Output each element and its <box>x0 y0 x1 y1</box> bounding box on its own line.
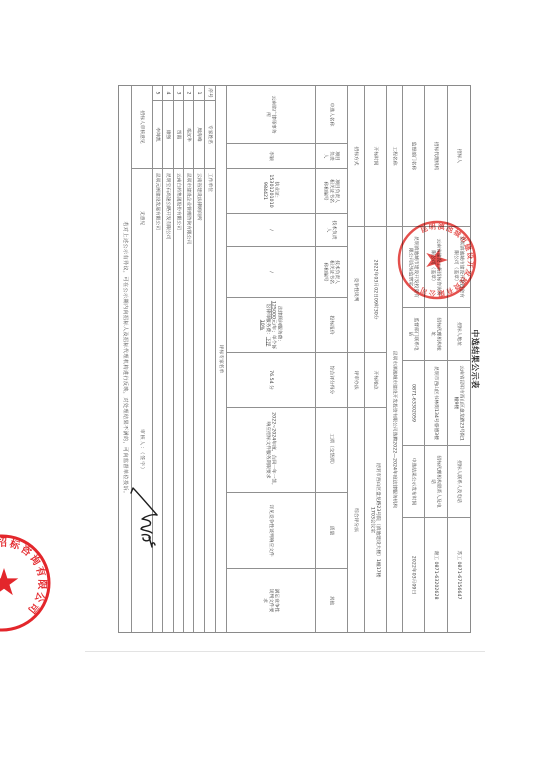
row-project-name: 工程名称 昆明市滇池城市建设开发投资有限公司选聘2022—2024年度法律服务机… <box>386 86 402 632</box>
header-duration: 工期（交货期） <box>316 408 347 493</box>
page-separator-line <box>85 651 485 652</box>
star-icon <box>0 568 18 595</box>
result-table: 招标人 昆明滇池城市建设开发投资有 限公司（盖章） 招标人地址 云南省昆明市西山… <box>118 85 471 633</box>
publish-date-label: 中选结果公示发布时间 <box>403 446 424 518</box>
agency-contact-label: 招标代理机构联系人及电 话 <box>425 446 447 518</box>
expert-row: 1 周海峰 云南省建设法律顾问所 <box>193 86 204 632</box>
expert-name: 康强 <box>163 101 173 169</box>
bid-price-discount-word: 下浮 <box>266 337 272 347</box>
header-expert-name: 专家姓名 <box>205 101 215 169</box>
project-name-value: 昆明市滇池城市建设开发投资有限公司选聘2022—2024年度法律服务机构 <box>387 227 402 632</box>
expert-row: 3 贺霞 云南白药集团股份有限公司 <box>173 86 183 632</box>
expert-name: 李坤凯 <box>153 101 162 169</box>
supervisor-value: 昆明滇池城市建设开发投资有 限公司纪检监察室 <box>403 227 424 308</box>
row-supervisor: 监督部门名称 昆明滇池城市建设开发投资有 限公司纪检监察室 监督部门联系电 话 … <box>402 86 424 632</box>
project-name-label: 工程名称 <box>387 86 402 227</box>
project-leader-cert: 执业证： 15301201010 984421 <box>227 169 315 214</box>
expert-name: 周海峰 <box>194 101 204 169</box>
duration: 2022~2024年度，合同一年一签， 响应招标文件服务期限要求 <box>227 408 315 493</box>
document-title: 中选结果公示表 <box>470 85 480 633</box>
review-opinion: 无意见 <box>139 211 145 225</box>
header-technical-leader: 技术负责 人 <box>316 214 347 247</box>
tenderer-contact-value: 苏工 0871-67156647 <box>448 518 470 632</box>
other: 满足竞争性 谈判文件要 求 <box>227 569 315 632</box>
bid-price-advisory-fee: 125000 <box>271 301 277 319</box>
row-tenderer: 招标人 昆明滇池城市建设开发投资有 限公司（盖章） 招标人地址 云南省昆明市西山… <box>447 86 470 632</box>
publish-date-value: 2022年03月09日 <box>403 518 424 632</box>
bid-price-text: 法律顾问服务费： 125000元/年；单个诉 讼律师服务费：下浮 10% <box>260 301 283 349</box>
row-method: 招标方式 竞争性谈判 评审办法 综合评分法 <box>347 86 364 632</box>
row-agency: 招标代理机构 云南省建设工程招标咨询有 限公司（盖章） 招标代理机构地 址 昆明… <box>424 86 447 632</box>
expert-row: 4 康强 昆明宝石高速公路开发有限公司 <box>162 86 173 632</box>
tenderer-contact-label: 招标人联系人及电话 <box>448 446 470 518</box>
expert-unit: 昆明元朗建设发展有限公司 <box>153 169 162 632</box>
expert-no: 3 <box>174 86 183 101</box>
header-winner-name: 中选人名称 <box>316 86 347 144</box>
header-bid-price: 投标报价 <box>316 298 347 353</box>
expert-name: 邓汉华 <box>184 101 193 169</box>
expert-no: 2 <box>184 86 193 101</box>
expert-unit: 昆明市建设企业管理咨询有限公司 <box>184 169 193 632</box>
agency-address-label: 招标代理机构地 址 <box>425 308 447 361</box>
experts-title: 评标专家名单 <box>216 86 226 632</box>
supervisor-phone-value: 0871-63302059 <box>403 361 424 446</box>
supervisor-phone-label: 监督部门联系电 话 <box>403 308 424 361</box>
tender-method-label: 招标方式 <box>348 86 364 227</box>
experts-title-row: 评标专家名单 <box>215 86 226 632</box>
expert-no: 5 <box>153 86 162 101</box>
technical-leader: / <box>227 214 315 247</box>
evaluation-method-label: 评审办法 <box>348 353 364 408</box>
review-label: 招标人审核意见 <box>132 86 152 169</box>
reviewer-signature-label: 审核人：（签字） <box>139 429 145 473</box>
tender-method-value: 竞争性谈判 <box>348 227 364 353</box>
tenderer-value: 昆明滇池城市建设开发投资有 限公司（盖章） <box>448 227 470 308</box>
header-other: 其他 <box>316 569 347 632</box>
opening-time-value: 2022年03月02日09时30分 <box>365 227 386 353</box>
header-expert-unit: 工作单位 <box>205 169 215 632</box>
score: 76.54 分 <box>227 353 315 408</box>
review-value: 无意见 审核人：（签字） <box>132 169 152 632</box>
tenderer-label: 招标人 <box>448 86 470 227</box>
bid-price-discount-rate: 10% <box>260 320 266 331</box>
header-expert-no: 序号 <box>205 86 215 101</box>
tenderer-address-value: 云南省昆明市西山区盘龙路23号院1 幢9楼 <box>448 361 470 446</box>
agency-value: 云南省建设工程招标咨询有 限公司（盖章） <box>425 227 447 308</box>
expert-row: 2 邓汉华 昆明市建设企业管理咨询有限公司 <box>183 86 193 632</box>
agency-seal: 云南省建设工程招标咨询有限公司 <box>0 533 52 633</box>
header-score: 综合评分得分 <box>316 353 347 408</box>
opening-place-value: 昆明市西山区盘龙路23号院（滇池建设大楼）1幢17楼 1703会议室 <box>365 408 386 632</box>
agency-label: 招标代理机构 <box>425 86 447 227</box>
reviewer-signature <box>130 485 162 551</box>
technical-leader-cert: / <box>227 247 315 298</box>
expert-name: 贺霞 <box>174 101 183 169</box>
supervisor-label: 监督部门名称 <box>403 86 424 227</box>
header-project-leader: 项目 负责 人 <box>316 144 347 169</box>
expert-unit: 云南白药集团股份有限公司 <box>174 169 183 632</box>
winner-data-row: 云南铭广律师事务 所 李颖 执业证： 15301201010 984421 / … <box>226 86 315 632</box>
opening-place-label: 开标地点 <box>365 353 386 408</box>
opening-time-label: 开标时间 <box>365 86 386 227</box>
tenderer-address-label: 招标人地址 <box>448 308 470 361</box>
header-project-leader-cert: 项目负责人 相关证书名 称和编号 <box>316 169 347 214</box>
project-leader: 李颖 <box>227 144 315 169</box>
agency-address-value: 昆明市西山区书林街134号睿德3楼 <box>425 361 447 446</box>
svg-text:云南省建设工程招标咨询有限公司: 云南省建设工程招标咨询有限公司 <box>0 536 49 616</box>
expert-no: 4 <box>163 86 173 101</box>
row-opening: 开标时间 2022年03月02日09时30分 开标地点 昆明市西山区盘龙路23号… <box>364 86 386 632</box>
quality: 详见竞争性谈判响应文件 <box>227 493 315 569</box>
agency-contact-value: 谢工 0871-63202628 <box>425 518 447 632</box>
winner-header-row: 中选人名称 项目 负责 人 项目负责人 相关证书名 称和编号 技术负责 人 技术… <box>315 86 347 632</box>
document-page: 中选结果公示表 招标人 昆明滇池城市建设开发投资有 限公司（盖章） 招标人地址 … <box>115 85 485 633</box>
header-quality: 质量 <box>316 493 347 569</box>
bid-price: 法律顾问服务费： 125000元/年；单个诉 讼律师服务费：下浮 10% <box>227 298 315 353</box>
experts-header-row: 序号 专家姓名 工作单位 <box>204 86 215 632</box>
header-technical-leader-cert: 技术负责人 相关证书名 称和编号 <box>316 247 347 298</box>
evaluation-method-value: 综合评分法 <box>348 408 364 632</box>
expert-unit: 云南省建设法律顾问所 <box>194 169 204 632</box>
expert-unit: 昆明宝石高速公路开发有限公司 <box>163 169 173 632</box>
winner-name: 云南铭广律师事务 所 <box>227 86 315 144</box>
expert-no: 1 <box>194 86 204 101</box>
bid-price-part: 法律顾问服务费： <box>277 306 283 344</box>
